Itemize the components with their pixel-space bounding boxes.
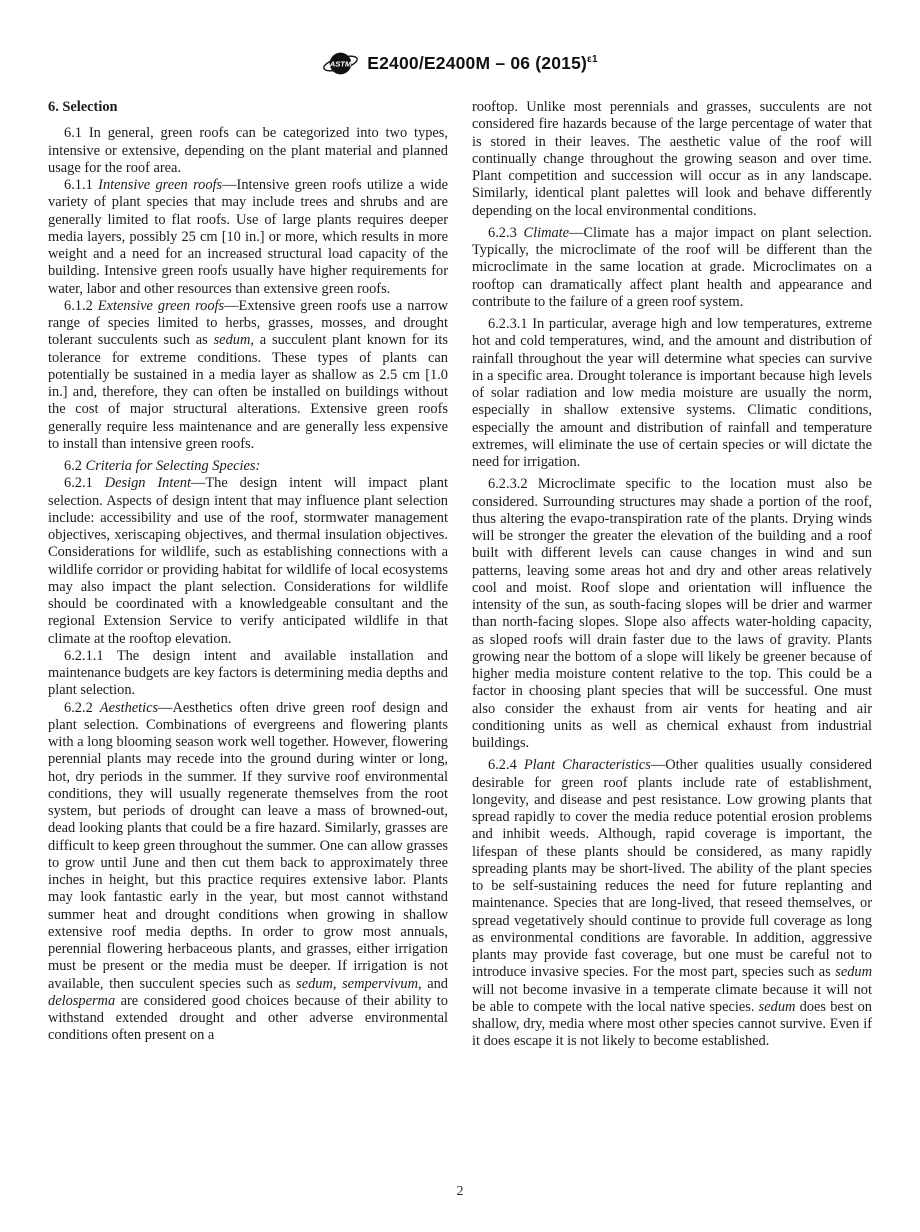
- paragraph: 6.2.1.1 The design intent and available …: [48, 648, 448, 700]
- paragraph: 6.2.2 Aesthetics—Aesthetics often drive …: [48, 700, 448, 1045]
- standard-designation: E2400/E2400M – 06 (2015): [367, 53, 587, 73]
- two-column-body: 6. Selection6.1 In general, green roofs …: [48, 99, 872, 1051]
- paragraph: 6.2.3 Climate—Climate has a major impact…: [472, 225, 872, 311]
- document-title: E2400/E2400M – 06 (2015)ε1: [367, 53, 598, 74]
- paragraph: 6.2.3.2 Microclimate specific to the loc…: [472, 476, 872, 752]
- title-superscript: ε1: [587, 54, 598, 65]
- left-column: 6. Selection6.1 In general, green roofs …: [48, 99, 448, 1051]
- right-column: rooftop. Unlike most perennials and gras…: [472, 99, 872, 1051]
- paragraph: 6.2.3.1 In particular, average high and …: [472, 316, 872, 471]
- page-footer: 2: [0, 1184, 920, 1200]
- document-header: ASTM E2400/E2400M – 06 (2015)ε1: [48, 48, 872, 78]
- paragraph: 6.1 In general, green roofs can be categ…: [48, 125, 448, 177]
- page-number: 2: [457, 1184, 464, 1199]
- paragraph: 6.2.4 Plant Characteristics—Other qualit…: [472, 757, 872, 1050]
- section-heading: 6. Selection: [48, 99, 448, 116]
- paragraph: rooftop. Unlike most perennials and gras…: [472, 99, 872, 220]
- paragraph: 6.2.1 Design Intent—The design intent wi…: [48, 475, 448, 648]
- svg-text:ASTM: ASTM: [329, 59, 352, 68]
- paragraph: 6.1.1 Intensive green roofs—Intensive gr…: [48, 177, 448, 298]
- paragraph: 6.2 Criteria for Selecting Species:: [48, 458, 448, 475]
- astm-logo-icon: ASTM: [322, 49, 359, 78]
- paragraph: 6.1.2 Extensive green roofs—Extensive gr…: [48, 298, 448, 453]
- document-page: ASTM E2400/E2400M – 06 (2015)ε1 6. Selec…: [0, 0, 920, 1184]
